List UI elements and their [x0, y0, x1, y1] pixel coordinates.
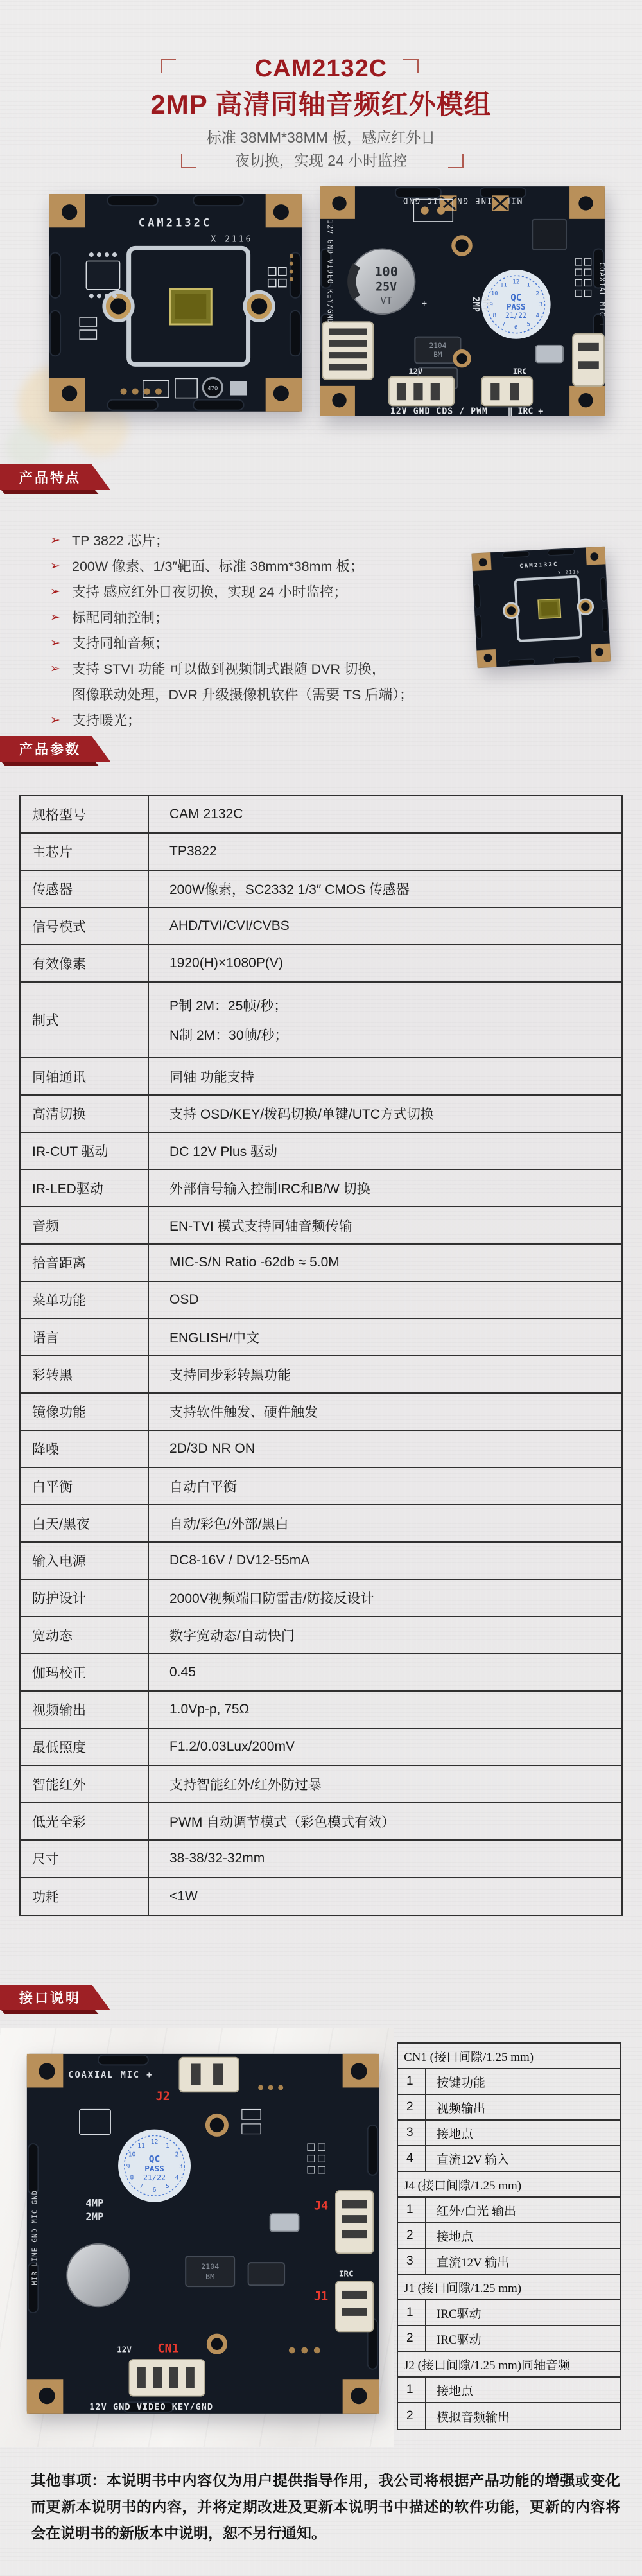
- param-value-line: 自动白平衡: [169, 1476, 621, 1496]
- svg-text:2MP: 2MP: [471, 297, 480, 312]
- param-row: 高清切换 支持 OSD/KEY/拨码切换/单键/UTC方式切换: [21, 1096, 621, 1133]
- param-value: DC 12V Plus 驱动: [149, 1133, 621, 1169]
- front-board-batch-silkscreen: X 2116: [211, 234, 252, 244]
- param-label: IR-LED驱动: [21, 1170, 149, 1206]
- param-value: 外部信号输入控制IRC和B/W 切换: [149, 1170, 621, 1206]
- section-banner-interface: 接口说明: [0, 1985, 110, 2010]
- page-subtitle: 2MP 高清同轴音频红外模组: [0, 83, 642, 122]
- pin-number: 1: [398, 2300, 426, 2325]
- param-row: 低光全彩 PWM 自动调节模式（彩色模式有效）: [21, 1803, 621, 1841]
- audio-connector: [573, 334, 604, 386]
- capacitor-brand: VT: [381, 295, 392, 306]
- param-value-line: 支持同步彩转黑功能: [169, 1365, 621, 1384]
- param-label: 信号模式: [21, 908, 149, 944]
- interface-pin-row: 1 按键功能: [398, 2069, 620, 2095]
- qc-text: PASS: [507, 302, 525, 311]
- param-row: 信号模式 AHD/TVI/CVI/CVBS: [21, 908, 621, 945]
- capacitor-component: [67, 2244, 129, 2306]
- back-board-left-silkscreen: 12V GND VIDEO KEY/GND: [325, 220, 334, 324]
- param-value-line: 支持软件触发、硬件触发: [169, 1402, 621, 1421]
- front-board-image: CAM2132C X 2116 470: [46, 191, 304, 414]
- feature-item: ➢ TP 3822 芯片；: [50, 528, 448, 554]
- param-label: 功耗: [21, 1878, 149, 1915]
- interface-row-wrap: 1 IRC驱动: [398, 2300, 620, 2326]
- param-value-line: OSD: [169, 1292, 621, 1308]
- param-label: 菜单功能: [21, 1282, 149, 1318]
- param-value-line: 2000V视频端口防雷击/防接反设计: [169, 1588, 621, 1608]
- param-label: 规格型号: [21, 796, 149, 832]
- param-row: 防护设计 2000V视频端口防雷击/防接反设计: [21, 1580, 621, 1617]
- param-value-line: <1W: [169, 1889, 621, 1904]
- param-value-line: 38-38/32-32mm: [169, 1851, 621, 1866]
- plus-marking: +: [422, 299, 428, 309]
- param-label: 制式: [21, 983, 149, 1057]
- param-value-line: PWM 自动调节模式（彩色模式有效）: [169, 1812, 621, 1831]
- svg-text:8: 8: [130, 2175, 134, 2182]
- interface-row-wrap: 2 模拟音频输出: [398, 2403, 620, 2429]
- interface-row-wrap: CN1 (接口间隙/1.25 mm): [398, 2044, 620, 2069]
- svg-text:7: 7: [502, 321, 506, 328]
- param-row: IR-CUT 驱动 DC 12V Plus 驱动: [21, 1133, 621, 1170]
- banner-label: 产品参数: [19, 739, 81, 758]
- svg-text:4: 4: [536, 313, 540, 319]
- v12-silkscreen: 12V: [408, 367, 422, 376]
- param-value: 38-38/32-32mm: [149, 1841, 621, 1877]
- param-label: 语言: [21, 1319, 149, 1355]
- param-value: DC8-16V / DV12-55mA: [149, 1543, 621, 1579]
- svg-text:7: 7: [139, 2183, 143, 2190]
- banner-label: 接口说明: [19, 1988, 81, 2007]
- feature-item: ➢ 支持 STVI 功能 可以做到视频制式跟随 DVR 切换，: [50, 656, 448, 682]
- param-value: EN-TVI 模式支持同轴音频传输: [149, 1207, 621, 1243]
- j2-label: J2: [155, 2090, 169, 2103]
- banner-shadow: [1, 762, 98, 766]
- interface-row-wrap: J1 (接口间隙/1.25 mm): [398, 2275, 620, 2300]
- param-value: 自动/彩色/外部/黑白: [149, 1505, 621, 1541]
- param-value: AHD/TVI/CVI/CVBS: [149, 908, 621, 944]
- param-value: ENGLISH/中文: [149, 1319, 621, 1355]
- param-row: 语言 ENGLISH/中文: [21, 1319, 621, 1356]
- param-row: 主芯片 TP3822: [21, 834, 621, 871]
- param-value-line: P制 2M：25帧/秒；: [169, 995, 621, 1015]
- param-value: TP3822: [149, 834, 621, 870]
- param-value-line: 数字宽动态/自动快门: [169, 1625, 621, 1645]
- param-value: P制 2M：25帧/秒； N制 2M：30帧/秒；: [149, 983, 621, 1057]
- params-table: 规格型号 CAM 2132C 主芯片 TP3822 传感器 200W像素，SC2…: [19, 795, 623, 1916]
- svg-text:6: 6: [514, 325, 518, 331]
- param-label: 最低照度: [21, 1729, 149, 1765]
- param-value-line: EN-TVI 模式支持同轴音频传输: [169, 1216, 621, 1235]
- param-label: 有效像素: [21, 945, 149, 981]
- interface-row-wrap: 1 按键功能: [398, 2069, 620, 2095]
- param-label: 宽动态: [21, 1617, 149, 1653]
- pin-number: 1: [398, 2069, 426, 2094]
- page-description: 标准 38MM*38MM 板，感应红外日 夜切换，实现 24 小时监控: [0, 126, 642, 172]
- param-value: 1920(H)×1080P(V): [149, 945, 621, 981]
- param-value-line: ENGLISH/中文: [169, 1327, 621, 1347]
- qc-text: 21/22: [505, 311, 527, 320]
- pin-number: 4: [398, 2146, 426, 2171]
- param-label: 传感器: [21, 871, 149, 907]
- param-label: 智能红外: [21, 1766, 149, 1802]
- param-value: 自动白平衡: [149, 1468, 621, 1504]
- back-board-right-silkscreen: COAXIAL MIC +: [598, 262, 606, 327]
- pin-description: 视频输出: [426, 2095, 620, 2119]
- irc-silkscreen: IRC: [513, 367, 527, 376]
- pin-number: 1: [398, 2198, 426, 2222]
- interface-group-header: J2 (接口间隙/1.25 mm)同轴音频: [398, 2352, 620, 2378]
- arrow-bullet-icon: ➢: [50, 631, 72, 656]
- param-label: 低光全彩: [21, 1803, 149, 1839]
- thumbnail-board-image: CAM2132C X 2116: [470, 545, 612, 670]
- interface-pin-row: 3 直流12V 输出: [398, 2249, 620, 2275]
- interface-board-image: COAXIAL MIC + MIR LINE GND MIC GND 12V G…: [23, 2050, 383, 2425]
- param-row: 功耗 <1W: [21, 1878, 621, 1915]
- banner-shadow: [1, 2010, 98, 2014]
- param-label: 主芯片: [21, 834, 149, 870]
- svg-text:2: 2: [536, 291, 540, 297]
- iface-top-silkscreen: COAXIAL MIC +: [68, 2070, 153, 2080]
- pin-number: 2: [398, 2095, 426, 2119]
- feature-thumbnail-photo: CAM2132C X 2116: [470, 545, 612, 673]
- param-value: 支持 OSD/KEY/拨码切换/单键/UTC方式切换: [149, 1096, 621, 1132]
- interface-pin-row: 1 IRC驱动: [398, 2300, 620, 2326]
- svg-text:1: 1: [166, 2142, 169, 2150]
- param-row: IR-LED驱动 外部信号输入控制IRC和B/W 切换: [21, 1170, 621, 1207]
- qc-text: QC: [149, 2153, 160, 2164]
- param-value: 同轴 功能支持: [149, 1058, 621, 1094]
- interface-group-header: J4 (接口间隙/1.25 mm): [398, 2172, 620, 2198]
- param-value-line: DC 12V Plus 驱动: [169, 1141, 621, 1161]
- ic-chip: [532, 220, 566, 250]
- param-value-line: F1.2/0.03Lux/200mV: [169, 1739, 621, 1755]
- pin-description: 接地点: [426, 2378, 620, 2402]
- interface-pin-row: 4 直流12V 输入: [398, 2146, 620, 2172]
- lens-mount-hole: [249, 296, 270, 317]
- interface-row-wrap: 1 接地点: [398, 2378, 620, 2403]
- footer-note: 其他事项：本说明书中内容仅为用户提供指导作用，我公司将根据产品功能的增强或变化而…: [31, 2467, 620, 2546]
- feature-text: 图像联动处理，DVR 升级摄像机软件（需要 TS 后端）；: [72, 682, 413, 708]
- param-value-line: TP3822: [169, 844, 621, 859]
- feature-text: 支持 感应红外日夜切换，实现 24 小时监控；: [72, 579, 347, 605]
- v12-silkscreen: 12V: [117, 2344, 132, 2354]
- interface-row-wrap: 1 红外/白光 输出: [398, 2198, 620, 2223]
- param-value: 2000V视频端口防雷击/防接反设计: [149, 1580, 621, 1616]
- feature-text: 支持同轴音频；: [72, 631, 169, 656]
- section-banner-params: 产品参数: [0, 736, 110, 762]
- interface-row-wrap: 2 接地点: [398, 2223, 620, 2249]
- description-line: 标准 38MM*38MM 板，感应红外日: [0, 126, 642, 149]
- arrow-bullet-icon: ➢: [50, 656, 72, 682]
- param-row: 视频输出 1.0Vp-p, 75Ω: [21, 1692, 621, 1729]
- svg-text:4: 4: [175, 2175, 179, 2182]
- param-row: 同轴通讯 同轴 功能支持: [21, 1058, 621, 1096]
- arrow-bullet-icon: ➢: [50, 554, 72, 579]
- pin-description: 红外/白光 输出: [426, 2198, 620, 2222]
- param-label: 同轴通讯: [21, 1058, 149, 1094]
- iface-bottom-silkscreen: 12V GND VIDEO KEY/GND: [89, 2402, 213, 2412]
- feature-text: TP 3822 芯片；: [72, 528, 169, 554]
- param-row: 镜像功能 支持软件触发、硬件触发: [21, 1394, 621, 1431]
- param-value: 2D/3D NR ON: [149, 1431, 621, 1467]
- param-value-line: DC8-16V / DV12-55mA: [169, 1553, 621, 1568]
- crystal-component: [270, 2214, 299, 2231]
- pin-number: 3: [398, 2249, 426, 2274]
- param-value: 支持智能红外/红外防过暴: [149, 1766, 621, 1802]
- description-line: 夜切换，实现 24 小时监控: [0, 149, 642, 172]
- interface-group-header: J1 (接口间隙/1.25 mm): [398, 2275, 620, 2300]
- param-row: 白平衡 自动白平衡: [21, 1468, 621, 1505]
- param-row: 降噪 2D/3D NR ON: [21, 1431, 621, 1468]
- param-value-line: CAM 2132C: [169, 807, 621, 822]
- svg-text:10: 10: [491, 291, 498, 297]
- power-ic-label: 2104: [201, 2262, 219, 2271]
- svg-text:3: 3: [539, 302, 543, 308]
- svg-text:8: 8: [493, 313, 497, 319]
- param-row: 传感器 200W像素，SC2332 1/3″ CMOS 传感器: [21, 871, 621, 908]
- banner-shadow: [1, 490, 98, 494]
- interface-pin-row: 2 视频输出: [398, 2095, 620, 2121]
- interface-row-wrap: 3 直流12V 输出: [398, 2249, 620, 2275]
- svg-text:12: 12: [151, 2139, 159, 2146]
- j2-audio-connector: [179, 2058, 239, 2092]
- svg-text:4MP: 4MP: [85, 2197, 103, 2209]
- svg-text:2MP: 2MP: [85, 2211, 103, 2223]
- param-value-line2: N制 2M：30帧/秒；: [169, 1025, 621, 1044]
- param-value: PWM 自动调节模式（彩色模式有效）: [149, 1803, 621, 1839]
- inductor-value: 470: [207, 386, 218, 392]
- param-value-line: 支持 OSD/KEY/拨码切换/单键/UTC方式切换: [169, 1104, 621, 1123]
- qc-text: PASS: [144, 2164, 164, 2173]
- param-label: 白天/黑夜: [21, 1505, 149, 1541]
- feature-text: 标配同轴控制；: [72, 605, 169, 631]
- back-board-image: MIR LINE GND MIC GND 100 25V VT +: [317, 184, 607, 419]
- pin-number: 2: [398, 2326, 426, 2351]
- interface-row-wrap: 2 视频输出: [398, 2095, 620, 2121]
- capacitor-voltage: 25V: [376, 281, 397, 294]
- banner-label: 产品特点: [19, 468, 81, 487]
- param-value-line: 200W像素，SC2332 1/3″ CMOS 传感器: [169, 879, 621, 898]
- svg-text:3: 3: [178, 2163, 182, 2170]
- param-label: 视频输出: [21, 1692, 149, 1728]
- feature-list: ➢ TP 3822 芯片； ➢ 200W 像素、1/3″靶面、标准 38mm*3…: [50, 528, 448, 733]
- param-label: 音频: [21, 1207, 149, 1243]
- param-value: F1.2/0.03Lux/200mV: [149, 1729, 621, 1765]
- j4-label: J4: [314, 2199, 328, 2212]
- pin-description: IRC驱动: [426, 2326, 620, 2351]
- feature-item: ➢ 支持暖光；: [50, 708, 448, 733]
- param-row: 输入电源 DC8-16V / DV12-55mA: [21, 1543, 621, 1580]
- interface-pin-row: 2 接地点: [398, 2223, 620, 2249]
- interface-pin-row: 1 接地点: [398, 2378, 620, 2403]
- lens-mount-hole: [108, 296, 128, 317]
- param-value-line: 同轴 功能支持: [169, 1067, 621, 1086]
- qc-text: 21/22: [143, 2173, 166, 2182]
- param-value-line: 支持智能红外/红外防过暴: [169, 1774, 621, 1794]
- power-ic-label: 2104: [429, 342, 446, 350]
- svg-text:10: 10: [128, 2151, 136, 2159]
- pin-description: 模拟音频输出: [426, 2403, 620, 2429]
- arrow-bullet-icon: ➢: [50, 579, 72, 605]
- param-label: 输入电源: [21, 1543, 149, 1579]
- param-value: 支持软件触发、硬件触发: [149, 1394, 621, 1430]
- interface-pin-row: 2 IRC驱动: [398, 2326, 620, 2352]
- param-row: 有效像素 1920(H)×1080P(V): [21, 945, 621, 983]
- param-value: <1W: [149, 1878, 621, 1915]
- param-label: 降噪: [21, 1431, 149, 1467]
- pin-description: 接地点: [426, 2121, 620, 2145]
- arrow-bullet-icon: ➢: [50, 528, 72, 554]
- feature-text: 200W 像素、1/3″靶面、标准 38mm*38mm 板；: [72, 554, 363, 579]
- param-value-line: AHD/TVI/CVI/CVBS: [169, 918, 621, 934]
- pin-number: 1: [398, 2378, 426, 2402]
- interface-group-header: CN1 (接口间隙/1.25 mm): [398, 2044, 620, 2069]
- svg-text:4MP: 4MP: [481, 297, 490, 312]
- param-label: 镜像功能: [21, 1394, 149, 1430]
- param-value-line: 2D/3D NR ON: [169, 1441, 621, 1457]
- j1-irc-connector: [336, 2281, 373, 2331]
- param-value-line: 0.45: [169, 1665, 621, 1680]
- back-board-bottom-silkscreen: 12V GND CDS / PWM: [390, 407, 488, 417]
- pin-description: 按键功能: [426, 2069, 620, 2094]
- param-row: 宽动态 数字宽动态/自动快门: [21, 1617, 621, 1654]
- pin-description: 直流12V 输入: [426, 2146, 620, 2171]
- svg-text:5: 5: [526, 321, 530, 328]
- svg-text:1: 1: [526, 282, 530, 288]
- param-row: 规格型号 CAM 2132C: [21, 796, 621, 834]
- feature-item: ➢ 支持同轴音频；: [50, 631, 448, 656]
- interface-table: CN1 (接口间隙/1.25 mm) 1 按键功能 2 视频输出: [397, 2042, 621, 2430]
- param-value-line: 1920(H)×1080P(V): [169, 956, 621, 971]
- interface-row-wrap: 4 直流12V 输入: [398, 2146, 620, 2172]
- qc-text: QC: [510, 293, 521, 303]
- param-label: 拾音距离: [21, 1245, 149, 1281]
- pin-number: 2: [398, 2403, 426, 2429]
- cn1-label: CN1: [157, 2342, 178, 2355]
- back-board-irc-silkscreen: ‖ IRC +: [508, 407, 544, 417]
- interface-pin-row: 3 接地点: [398, 2121, 620, 2146]
- param-value: 200W像素，SC2332 1/3″ CMOS 传感器: [149, 871, 621, 907]
- interface-board-photo: COAXIAL MIC + MIR LINE GND MIC GND 12V G…: [23, 2050, 383, 2428]
- j1-label: J1: [314, 2290, 328, 2304]
- param-value: 数字宽动态/自动快门: [149, 1617, 621, 1653]
- interface-pin-row: 1 红外/白光 输出: [398, 2198, 620, 2223]
- param-value: OSD: [149, 1282, 621, 1318]
- product-photo-front: CAM2132C X 2116 470: [46, 191, 304, 417]
- pin-description: IRC驱动: [426, 2300, 620, 2325]
- param-label: 伽玛校正: [21, 1654, 149, 1690]
- param-value-line: 1.0Vp-p, 75Ω: [169, 1702, 621, 1717]
- iface-left-silkscreen: MIR LINE GND MIC GND: [30, 2190, 39, 2285]
- svg-text:5: 5: [166, 2183, 169, 2190]
- svg-text:12: 12: [512, 279, 519, 285]
- param-label: 彩转黑: [21, 1356, 149, 1392]
- pin-number: 3: [398, 2121, 426, 2145]
- param-row: 尺寸 38-38/32-32mm: [21, 1841, 621, 1878]
- arrow-bullet-icon: ➢: [50, 708, 72, 733]
- irc-silkscreen: IRC: [339, 2269, 354, 2279]
- interface-pin-row: 2 模拟音频输出: [398, 2403, 620, 2429]
- param-row: 菜单功能 OSD: [21, 1282, 621, 1319]
- product-photo-back: MIR LINE GND MIC GND 100 25V VT +: [317, 184, 607, 422]
- capacitor-value: 100: [374, 264, 398, 279]
- interface-row-wrap: 2 IRC驱动: [398, 2326, 620, 2352]
- power-ic-label: BM: [433, 351, 442, 359]
- param-value: 0.45: [149, 1654, 621, 1690]
- feature-item: ➢ 标配同轴控制；: [50, 605, 448, 631]
- feature-item: ➢ 支持 感应红外日夜切换，实现 24 小时监控；: [50, 579, 448, 605]
- power-ic-label: BM: [205, 2272, 214, 2281]
- svg-text:11: 11: [137, 2142, 145, 2150]
- pin-description: 直流12V 输出: [426, 2249, 620, 2274]
- param-row: 制式 P制 2M：25帧/秒； N制 2M：30帧/秒；: [21, 983, 621, 1058]
- feature-text: 支持暖光；: [72, 708, 141, 733]
- front-board-model-silkscreen: CAM2132C: [139, 216, 212, 229]
- svg-text:9: 9: [126, 2163, 130, 2170]
- irc-connector: [481, 377, 532, 406]
- param-row: 音频 EN-TVI 模式支持同轴音频传输: [21, 1207, 621, 1245]
- feature-text: 支持 STVI 功能 可以做到视频制式跟随 DVR 切换，: [72, 656, 386, 682]
- page-title: CAM2132C: [0, 55, 642, 83]
- interface-row-wrap: J2 (接口间隙/1.25 mm)同轴音频: [398, 2352, 620, 2378]
- interface-row-wrap: 3 接地点: [398, 2121, 620, 2146]
- flower-decoration: [6, 424, 51, 469]
- param-row: 拾音距离 MIC-S/N Ratio -62db ≈ 5.0M: [21, 1245, 621, 1282]
- param-value: 1.0Vp-p, 75Ω: [149, 1692, 621, 1728]
- param-label: IR-CUT 驱动: [21, 1133, 149, 1169]
- param-row: 智能红外 支持智能红外/红外防过暴: [21, 1766, 621, 1803]
- crystal-component: [535, 346, 563, 362]
- svg-text:11: 11: [500, 282, 507, 288]
- param-value-line: MIC-S/N Ratio -62db ≈ 5.0M: [169, 1255, 621, 1270]
- feature-item: ➢ 200W 像素、1/3″靶面、标准 38mm*38mm 板；: [50, 554, 448, 579]
- feature-item: ➢ 图像联动处理，DVR 升级摄像机软件（需要 TS 后端）；: [50, 682, 448, 708]
- param-value: CAM 2132C: [149, 796, 621, 832]
- param-row: 伽玛校正 0.45: [21, 1654, 621, 1692]
- param-row: 最低照度 F1.2/0.03Lux/200mV: [21, 1729, 621, 1766]
- param-label: 高清切换: [21, 1096, 149, 1132]
- param-label: 白平衡: [21, 1468, 149, 1504]
- param-value-line: 外部信号输入控制IRC和B/W 切换: [169, 1178, 621, 1198]
- param-value: 支持同步彩转黑功能: [149, 1356, 621, 1392]
- pin-description: 接地点: [426, 2223, 620, 2248]
- param-value-line: 自动/彩色/外部/黑白: [169, 1514, 621, 1533]
- param-label: 尺寸: [21, 1841, 149, 1877]
- product-sheet-page: CAM2132C 2MP 高清同轴音频红外模组 标准 38MM*38MM 板，感…: [0, 0, 642, 2576]
- param-label: 防护设计: [21, 1580, 149, 1616]
- interface-row-wrap: J4 (接口间隙/1.25 mm): [398, 2172, 620, 2198]
- svg-text:2: 2: [175, 2151, 179, 2159]
- mp-silkscreen: 4MP2MP: [471, 297, 490, 312]
- param-row: 白天/黑夜 自动/彩色/外部/黑白: [21, 1505, 621, 1543]
- pin-number: 2: [398, 2223, 426, 2248]
- param-row: 彩转黑 支持同步彩转黑功能: [21, 1356, 621, 1394]
- section-banner-features: 产品特点: [0, 464, 110, 490]
- param-value: MIC-S/N Ratio -62db ≈ 5.0M: [149, 1245, 621, 1281]
- arrow-bullet-icon: ➢: [50, 605, 72, 631]
- svg-text:6: 6: [153, 2187, 157, 2194]
